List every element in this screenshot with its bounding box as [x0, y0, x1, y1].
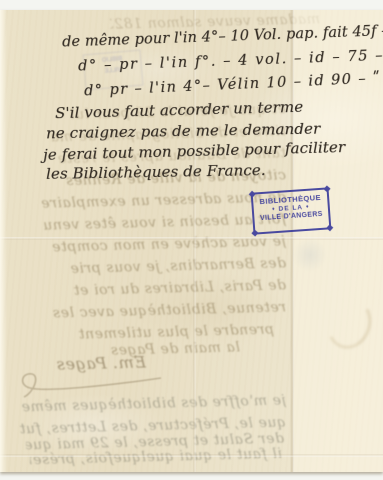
bleedthrough-line: fort au besoin si vous êtes venu — [10, 211, 286, 234]
diamond-ornament-icon: ♦ — [303, 203, 313, 210]
diamond-ornament-icon: ♦ — [269, 206, 279, 213]
signature-flourish-bleedthrough — [16, 366, 166, 400]
bleedthrough-line: retenue, Bibliothèque avec les — [12, 299, 286, 322]
body-line-1: S'il vous faut accorder un terme — [55, 98, 304, 122]
bleedthrough-line: de nous adresser un exemplaire — [10, 189, 286, 212]
scanned-letter-page: madame veuve salmon 1823 et que je ferai… — [0, 0, 383, 480]
horizontal-fold-line — [0, 454, 383, 457]
body-line-4: les Bibliothèques de France. — [46, 161, 266, 183]
horizontal-fold-line — [0, 237, 383, 240]
paper-left-edge — [0, 10, 7, 472]
stamp-text: BIBLIOTHÈQUE ♦DE LA♦ VILLE D'ANGERS — [253, 189, 329, 232]
letter-paper: madame veuve salmon 1823 et que je ferai… — [0, 10, 383, 472]
bleedthrough-line: de Paris, Libraires du roi et — [10, 277, 286, 300]
bleedthrough-line: des Bernardins, je vous prie — [10, 255, 286, 278]
library-stamp: BIBLIOTHÈQUE ♦DE LA♦ VILLE D'ANGERS — [251, 187, 332, 234]
